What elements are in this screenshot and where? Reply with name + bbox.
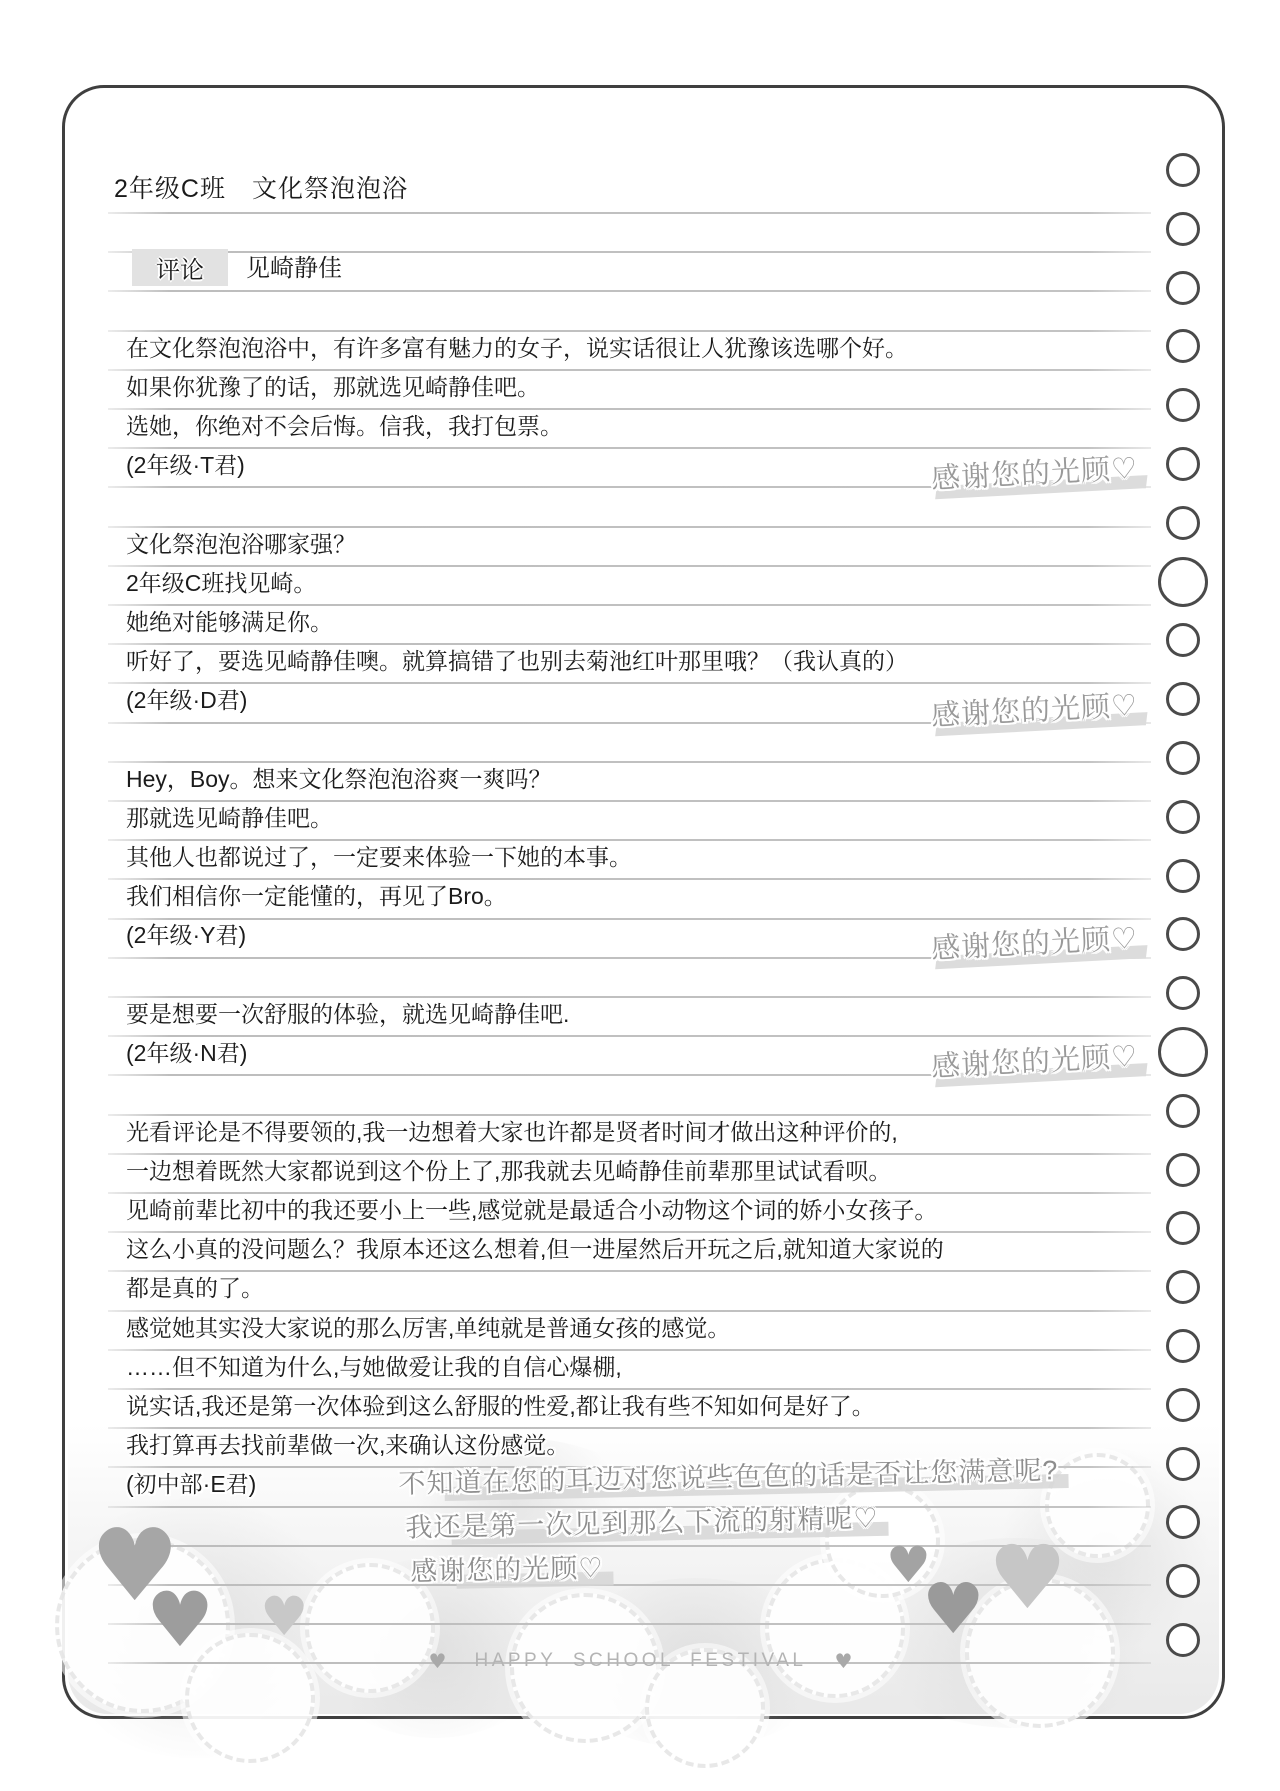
comment-line: 我打算再去找前辈做一次,来确认这份感觉。 (126, 1428, 569, 1462)
comment-line: 要是想要一次舒服的体验，就选见崎静佳吧. (126, 997, 569, 1031)
footer-text: HAPPY SCHOOL FESTIVAL (474, 1650, 806, 1672)
comment-line: 见崎前辈比初中的我还要小上一些,感觉就是最适合小动物这个词的娇小女孩子。 (126, 1193, 937, 1227)
comment-author: (2年级·D君) (126, 683, 247, 717)
ruled-line (108, 212, 1151, 214)
comment-line: 如果你犹豫了的话，那就选见崎静佳吧。 (126, 370, 540, 404)
comment-line: 她绝对能够满足你。 (126, 605, 333, 639)
comment-line: 其他人也都说过了，一定要来体验一下她的本事。 (126, 840, 632, 874)
comment-line: 一边想着既然大家都说到这个份上了,那我就去见崎静佳前辈那里试试看呗。 (126, 1154, 891, 1188)
page-title: 2年级C班 文化祭泡泡浴 (114, 172, 408, 206)
comment-line: 选她，你绝对不会后悔。信我，我打包票。 (126, 409, 563, 443)
subject-name: 见崎静佳 (246, 252, 342, 286)
handwritten-reply-line: 感谢您的光顾♡ (410, 1546, 604, 1589)
comment-line: ……但不知道为什么,与她做爱让我的自信心爆棚, (126, 1350, 622, 1384)
handwritten-reply-text: 感谢您的光顾♡ (410, 1553, 604, 1587)
footer-heart-icon: ♥ (835, 1651, 853, 1671)
comment-line: 光看评论是不得要领的,我一边想着大家也许都是贤者时间才做出这种评价的, (126, 1115, 898, 1149)
comment-author: (2年级·N君) (126, 1036, 247, 1070)
comment-line: Hey，Boy。想来文化祭泡泡浴爽一爽吗？ (126, 762, 552, 796)
comment-line: 文化祭泡泡浴哪家强？ (126, 527, 356, 561)
comment-tag-label: 评论 (156, 250, 204, 285)
comment-line: 感觉她其实没大家说的那么厉害,单纯就是普通女孩的感觉。 (126, 1311, 730, 1345)
comment-line: 都是真的了。 (126, 1271, 264, 1305)
comment-line: 2年级C班找见崎。 (126, 566, 316, 600)
ruled-line (108, 290, 1151, 292)
heart-icon: ♥ (988, 1534, 1067, 1622)
notebook-review-sheet: 2年级C班 文化祭泡泡浴 评论 见崎静佳 在文化祭泡泡浴中，有许多富有魅力的女子… (0, 0, 1280, 1791)
footer-heart-icon: ♥ (429, 1651, 447, 1671)
comment-line: 在文化祭泡泡浴中，有许多富有魅力的女子，说实话很让人犹豫该选哪个好。 (126, 331, 908, 365)
ruled-line (108, 1270, 1151, 1272)
comment-line: 这么小真的没问题么？我原本还这么想着,但一进屋然后开玩之后,就知道大家说的 (126, 1232, 944, 1266)
comment-line: 我们相信你一定能懂的，再见了Bro。 (126, 879, 507, 913)
footer-banner: ♥ HAPPY SCHOOL FESTIVAL ♥ (62, 1650, 1219, 1672)
comment-author: (初中部·E君) (126, 1467, 256, 1501)
lace-doily-decoration (765, 1558, 905, 1698)
comment-line: 说实话,我还是第一次体验到这么舒服的性爱,都让我有些不知如何是好了。 (126, 1389, 875, 1423)
heart-icon: ♥ (146, 1582, 214, 1658)
comment-line: 听好了，要选见崎静佳噢。就算搞错了也别去菊池红叶那里哦？（我认真的） (126, 644, 908, 678)
ruled-line (108, 1035, 1151, 1037)
comment-author: (2年级·T君) (126, 448, 245, 482)
comment-line: 那就选见崎静佳吧。 (126, 801, 333, 835)
comment-author: (2年级·Y君) (126, 918, 246, 952)
comment-tag: 评论 (132, 249, 228, 286)
ruled-line (108, 682, 1151, 684)
heart-icon: ♥ (922, 1574, 985, 1644)
ruled-line (108, 918, 1151, 920)
ruled-line (108, 447, 1151, 449)
heart-icon: ♥ (260, 1590, 308, 1644)
